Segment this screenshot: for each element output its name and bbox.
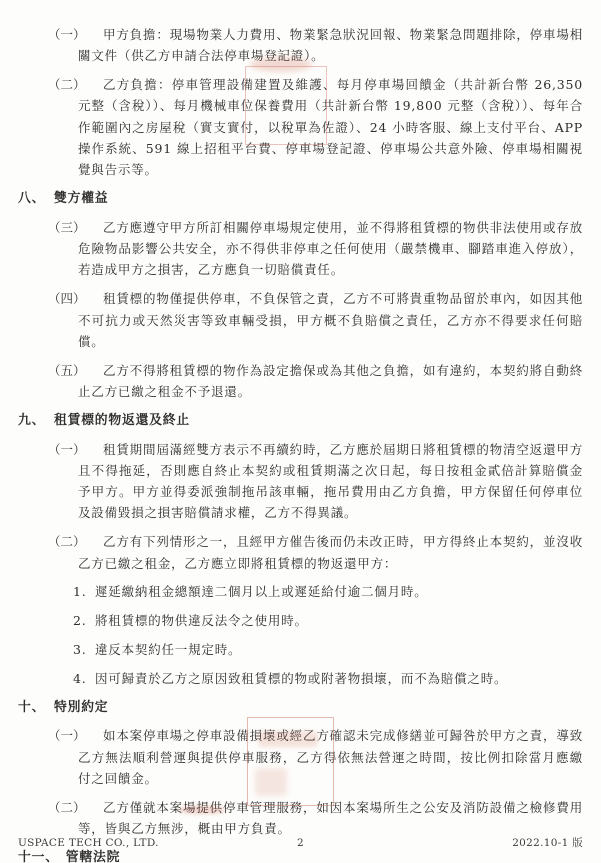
- section-header-9: 九、 租賃標的物返還及終止: [18, 410, 583, 431]
- list-item-2: 2. 將租賃標的物供違反法令之使用時。: [18, 610, 583, 631]
- clause-marker: （四）: [48, 288, 86, 309]
- clause-marker: （二）: [48, 797, 86, 818]
- clause: （二） 乙方有下列情形之一，且經甲方催告後而仍未改正時，甲方得終止本契約，並沒收…: [18, 531, 583, 574]
- section-title: 特別約定: [54, 697, 108, 718]
- section-number: 十、: [18, 697, 47, 718]
- clause: （一） 甲方負擔：現場物業人力費用、物業緊急狀況回報、物業緊急問題排除，停車場相…: [18, 24, 583, 67]
- page-footer: USPACE TECH CO., LTD. 2 2022.10-1 版: [18, 835, 583, 850]
- clause-marker: （二）: [48, 531, 86, 552]
- clause: （二） 乙方負擔：停車管理設備建置及維護、每月停車場回饋金（共計新台幣 26,3…: [18, 74, 583, 180]
- clause-text: 乙方僅就本案場提供停車管理服務，如因本案場所生之公安及消防設備之檢修費用等，皆與…: [78, 800, 583, 836]
- list-item-number: 1.: [73, 581, 87, 602]
- list-item-number: 3.: [73, 639, 87, 660]
- clause-text: 甲方負擔：現場物業人力費用、物業緊急狀況回報、物業緊急問題排除，停車場相關文件（…: [78, 27, 583, 63]
- clause-marker: （五）: [48, 360, 86, 381]
- list-item-text: 將租賃標的物供違反法令之使用時。: [95, 613, 308, 628]
- section-number: 九、: [18, 410, 47, 431]
- clause: （四） 租賃標的物僅提供停車，不負保管之責，乙方不可將貴重物品留於車內，如因其他…: [18, 288, 583, 352]
- footer-page-number: 2: [297, 837, 304, 849]
- footer-version: 2022.10-1 版: [512, 835, 583, 850]
- clause-text: 如本案停車場之停車設備損壞或經乙方確認未完成修繕並可歸咎於甲方之責，導致乙方無法…: [78, 728, 583, 786]
- list-item-number: 4.: [73, 668, 87, 689]
- clause-text: 租賃期間屆滿經雙方表示不再續約時，乙方應於屆期日將租賃標的物清空返還甲方且不得拖…: [78, 442, 583, 521]
- list-item-number: 2.: [73, 610, 87, 631]
- clause-text: 乙方負擔：停車管理設備建置及維護、每月停車場回饋金（共計新台幣 26,350 元…: [78, 77, 583, 177]
- clause-text: 租賃標的物僅提供停車，不負保管之責，乙方不可將貴重物品留於車內，如因其他不可抗力…: [78, 291, 583, 349]
- list-item-3: 3. 違反本契約任一規定時。: [18, 639, 583, 660]
- list-item-text: 因可歸責於乙方之原因致租賃標的物或附著物損壞，而不為賠償之時。: [95, 671, 507, 686]
- clause-marker: （一）: [48, 725, 86, 746]
- section-header-10: 十、 特別約定: [18, 697, 583, 718]
- clause: （三） 乙方應遵守甲方所訂相關停車場規定使用，並不得將租賃標的物供非法使用或存放…: [18, 217, 583, 281]
- section-header-8: 八、 雙方權益: [18, 188, 583, 209]
- clause-marker: （二）: [48, 74, 86, 95]
- list-item-text: 違反本契約任一規定時。: [95, 642, 241, 657]
- clause: （二） 乙方僅就本案場提供停車管理服務，如因本案場所生之公安及消防設備之檢修費用…: [18, 797, 583, 840]
- footer-company: USPACE TECH CO., LTD.: [18, 837, 159, 849]
- clause-marker: （一）: [48, 439, 86, 460]
- section-title: 租賃標的物返還及終止: [54, 410, 190, 431]
- clause: （一） 如本案停車場之停車設備損壞或經乙方確認未完成修繕並可歸咎於甲方之責，導致…: [18, 725, 583, 789]
- clause-text: 乙方不得將租賃標的物作為設定擔保或為其他之負擔，如有違約，本契約將自動終止乙方已…: [78, 363, 583, 399]
- document-page: （一） 甲方負擔：現場物業人力費用、物業緊急狀況回報、物業緊急問題排除，停車場相…: [0, 0, 601, 863]
- clause-marker: （一）: [48, 24, 86, 45]
- list-item-4: 4. 因可歸責於乙方之原因致租賃標的物或附著物損壞，而不為賠償之時。: [18, 668, 583, 689]
- clause-text: 乙方有下列情形之一，且經甲方催告後而仍未改正時，甲方得終止本契約，並沒收乙方已繳…: [78, 534, 583, 570]
- section-title: 雙方權益: [54, 188, 108, 209]
- list-item-1: 1. 遲延繳納租金總額達二個月以上或遲延給付逾二個月時。: [18, 581, 583, 602]
- clause: （一） 租賃期間屆滿經雙方表示不再續約時，乙方應於屆期日將租賃標的物清空返還甲方…: [18, 439, 583, 524]
- list-item-text: 遲延繳納租金總額達二個月以上或遲延給付逾二個月時。: [95, 584, 428, 599]
- section-number: 八、: [18, 188, 47, 209]
- contract-body: （一） 甲方負擔：現場物業人力費用、物業緊急狀況回報、物業緊急問題排除，停車場相…: [0, 0, 601, 863]
- clause: （五） 乙方不得將租賃標的物作為設定擔保或為其他之負擔，如有違約，本契約將自動終…: [18, 360, 583, 403]
- clause-text: 乙方應遵守甲方所訂相關停車場規定使用，並不得將租賃標的物供非法使用或存放危險物品…: [78, 220, 583, 278]
- clause-marker: （三）: [48, 217, 86, 238]
